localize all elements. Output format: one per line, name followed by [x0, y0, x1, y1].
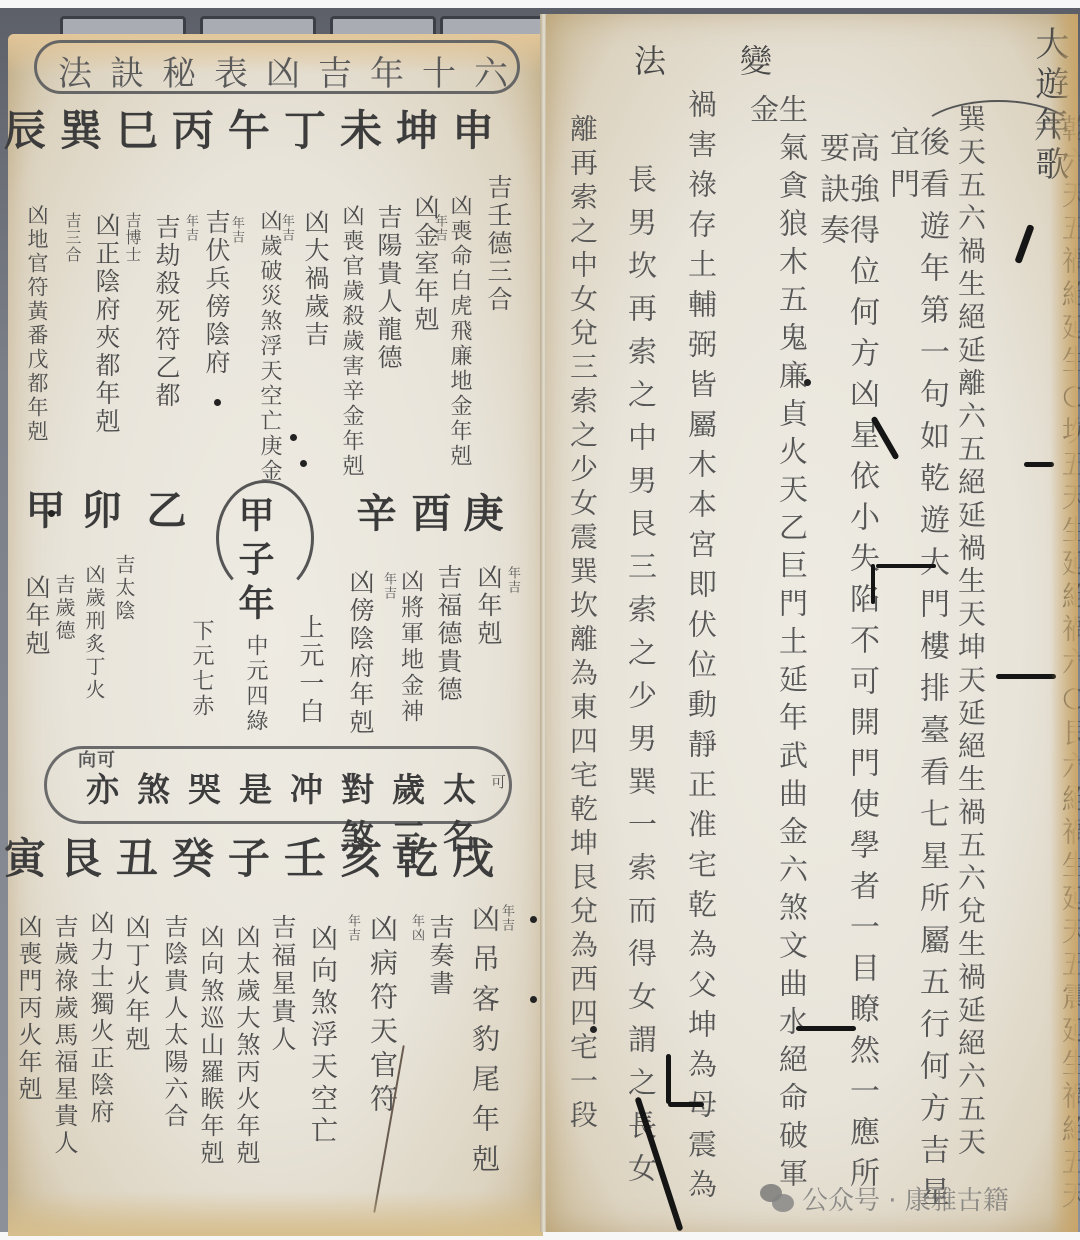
text-column: 凶正陰府夾都年剋 — [94, 212, 119, 436]
text-column: 吉壬德三合 — [486, 174, 511, 314]
verse-column: 巽天五六禍生絕延離六五絕延禍生天坤天延絕生禍五六兌生禍延絕六五天 — [956, 104, 984, 1160]
left-page: 六 十 年 吉 凶 表 秘 訣 法 申 坤 未 丁 午 丙 巳 巽 辰 吉壬德三… — [8, 34, 543, 1236]
yuan-lower: 下元七赤 — [190, 619, 212, 719]
right-page: 大遊年歌 乾六天五禍絕延生○坎五天生延絕禍六○艮六絕禍生延天五震延生禍絕五天六 … — [546, 14, 1078, 1232]
direction-geng: 庚 — [460, 492, 500, 546]
direction-you: 酉 — [408, 492, 448, 546]
small-note: 年吉 — [230, 216, 243, 244]
text-column: 吉劫殺死符乙都 — [154, 214, 179, 410]
small-note: 年吉 — [433, 214, 446, 242]
text-column: 凶病符天官符 — [368, 914, 396, 1118]
text-column: 凶喪官歲殺歲害辛金年剋 — [340, 204, 362, 479]
text-column: 吉陰貴人太陽六合 — [162, 914, 186, 1130]
yuan-middle: 中元四綠 — [244, 634, 266, 734]
ink-mark — [876, 564, 936, 568]
small-note: 年吉 — [184, 214, 197, 242]
verse-column: 離再索之中女兌三索之少女震巽坎離為東四宅乾坤艮兌為西四宅一段 — [568, 114, 596, 1134]
ink-mark — [996, 674, 1056, 679]
text-column: 凶太歲大煞丙火年剋 — [234, 924, 258, 1167]
ink-mark — [666, 1054, 671, 1104]
ink-mark — [668, 1102, 704, 1107]
text-column: 凶向煞巡山羅睺年剋 — [198, 924, 222, 1167]
direction-row-bottom: 戌 乾 亥 壬 子 癸 丑 艮 寅 — [18, 826, 508, 886]
direction-yi: 乙 — [143, 489, 183, 543]
verse-column: 生氣貪狼木五鬼廉貞火天乙巨門土延年武曲金六煞文曲水絕命破軍金 — [748, 94, 806, 1232]
text-column: 吉陽貴人龍德 — [376, 204, 401, 372]
ink-dot — [804, 379, 811, 386]
ink-dot — [214, 399, 221, 406]
watermark-text: 公众号 · 康雅古籍 — [802, 1180, 1009, 1217]
side-label-fa: 法 — [632, 44, 664, 82]
heading-bracket — [916, 100, 1080, 174]
yuan-upper: 上元一白 — [298, 614, 323, 726]
small-note: 年吉 — [346, 914, 359, 942]
text-column: 凶將軍地金神 — [398, 569, 421, 725]
text-column: 吉博士 — [124, 212, 140, 263]
text-column: 吉歲德 — [54, 574, 74, 643]
text-column: 吉伏兵傍陰府 — [204, 209, 229, 377]
text-column: 吉福德貴德 — [436, 564, 461, 704]
side-note: 可向 — [78, 746, 116, 772]
text-column: 吉奏書 — [428, 914, 453, 998]
side-label-bian: 變 — [738, 44, 770, 82]
text-column: 吉太陰 — [114, 554, 134, 623]
small-note: 年凶 — [410, 914, 423, 942]
top-border — [0, 0, 1080, 8]
ink-mark — [1024, 462, 1054, 467]
ink-mark — [871, 564, 875, 604]
text-column: 凶歲破災煞浮天空亡庚金 — [258, 209, 280, 484]
direction-xin: 辛 — [353, 492, 393, 546]
text-column: 凶喪門丙火年剋 — [16, 914, 40, 1103]
ink-dot — [290, 434, 297, 441]
ink-dot — [48, 510, 55, 517]
verse-column: 高強得位何方凶星依小失陷不可開門使學者一目瞭然一應所要訣奏 — [816, 132, 876, 1232]
text-column: 凶地官符黃番戊都年剋 — [26, 204, 47, 444]
center-year-label: 甲子年 — [236, 496, 272, 628]
text-column: 凶向煞浮天空亡 — [308, 924, 335, 1148]
verse-column: 後看遊年第一句如乾遊大門樓排臺看七星所屬五行何方吉星宜門 — [886, 126, 946, 1232]
small-note: 年吉 — [280, 214, 293, 242]
text-column: 凶年剋 — [24, 574, 49, 658]
text-column: 凶吊客豹尾年剋 — [470, 904, 498, 1184]
text-column: 凶傍陰府年剋 — [348, 569, 373, 737]
small-note: 年吉 — [382, 572, 395, 600]
text-column: 吉歲祿歲馬福星貴人 — [52, 914, 76, 1157]
ink-mark — [796, 1026, 856, 1031]
small-note: 年吉 — [500, 904, 513, 932]
ink-dot — [300, 460, 307, 467]
watermark: 公众号 · 康雅古籍 — [760, 1180, 1009, 1217]
ink-dot — [530, 916, 537, 923]
ink-dot — [530, 996, 537, 1003]
text-column: 凶歲刑炙丁火 — [84, 564, 104, 702]
direction-jia: 甲 — [22, 489, 62, 543]
text-column: 吉福星貴人 — [270, 914, 295, 1054]
text-column: 凶丁火年剋 — [124, 914, 149, 1054]
text-column: 凶大禍歲吉 — [303, 209, 328, 349]
ink-dot — [590, 1026, 597, 1033]
side-note: 可 — [490, 774, 505, 790]
text-column: 凶喪命白虎飛廉地金年剋 — [448, 194, 470, 469]
text-column: 凶力士獨火正陰府 — [88, 910, 112, 1126]
verse-column: 禍害祿存土輔弼皆屬木本宮即伏位動靜正准宅乾為父坤為母震為 — [686, 89, 715, 1209]
text-column: 吉三合 — [64, 212, 80, 263]
verse-column: 乾六天五禍絕延生○坎五天生延絕禍六○艮六絕禍生延天五震延生禍絕五天六 — [1032, 114, 1080, 1232]
text-column: 凶年剋 — [476, 564, 501, 648]
direction-mao: 卯 — [78, 489, 118, 543]
verse-column: 長男坎再索之中男艮三索之少男巽一索而得女謂之長女 — [626, 164, 655, 1196]
wechat-icon — [760, 1184, 794, 1214]
small-note: 年吉 — [506, 566, 519, 594]
title-bracket — [34, 40, 520, 94]
direction-row-top: 申 坤 未 丁 午 丙 巳 巽 辰 — [18, 98, 508, 158]
